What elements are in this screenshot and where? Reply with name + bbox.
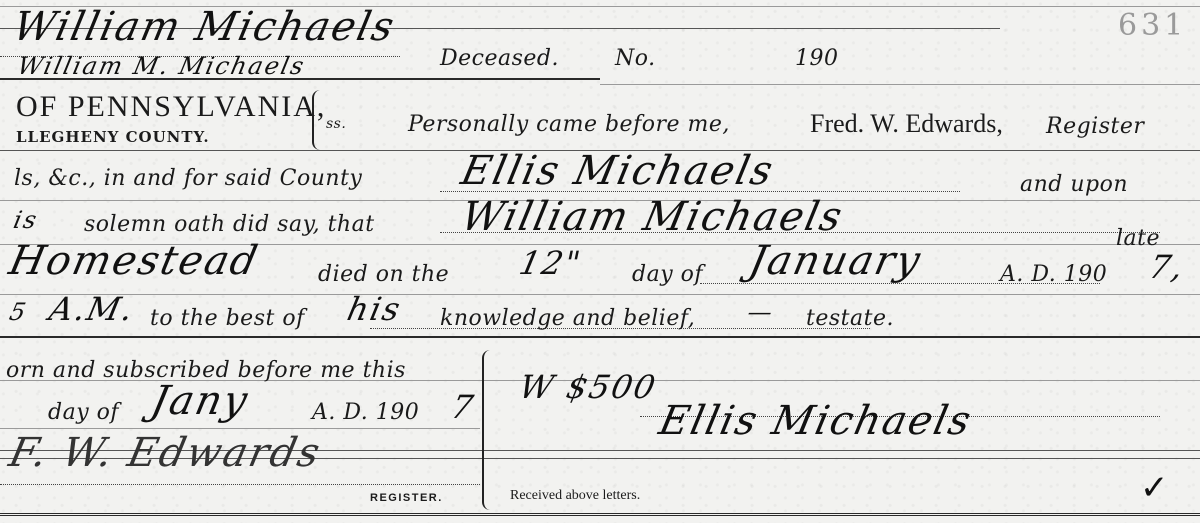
ss-label: ss.: [326, 116, 346, 132]
deceased-label: Deceased.: [440, 46, 559, 71]
jurat-year-suffix: 7: [448, 388, 478, 426]
register-signature: F. W. Edwards: [5, 430, 325, 476]
handwritten-decedent-fullname: William M. Michaels: [15, 52, 308, 80]
rule: [0, 428, 480, 429]
county-heading: LLEGHENY COUNTY.: [16, 128, 210, 146]
handwritten-affiant-name: Ellis Michaels: [457, 148, 778, 194]
state-heading: OF PENNSYLVANIA,: [16, 90, 326, 124]
died-on-text: died on the: [318, 262, 449, 287]
register-name: Fred. W. Edwards,: [810, 109, 1003, 139]
rule: [0, 294, 1200, 295]
checkmark-icon: ✓: [1140, 468, 1169, 508]
solemn-oath-text: solemn oath did say, that: [84, 212, 375, 237]
handwritten-hour: 5: [7, 298, 30, 326]
handwritten-decedent-name-body: William Michaels: [457, 194, 848, 240]
number-label: No.: [615, 46, 656, 71]
rule: [600, 84, 1200, 85]
handwritten-place: Homestead: [5, 238, 263, 284]
handwritten-year-suffix: 7,: [1146, 248, 1189, 286]
knowledge-belief-text: knowledge and belief,: [440, 306, 695, 331]
testate-text: testate.: [806, 306, 894, 331]
bottom-rule: [0, 513, 1200, 516]
handwritten-am-pm: A.M.: [46, 290, 138, 328]
and-upon-text: and upon: [1020, 172, 1128, 197]
handwritten-dash: —: [745, 298, 777, 326]
handwritten-decedent-name: William Michaels: [9, 4, 400, 50]
register-label: REGISTER.: [370, 492, 443, 504]
handwritten-day: 12": [516, 244, 586, 282]
ad-year-text: A. D. 190: [1000, 262, 1107, 287]
affiant-signature: Ellis Michaels: [655, 398, 976, 444]
rule: [0, 484, 480, 485]
received-letters-label: Received above letters.: [510, 488, 640, 504]
brace: [312, 90, 322, 150]
handwritten-month: January: [745, 238, 926, 284]
county-clause: ls, &c., in and for said County: [14, 166, 362, 191]
handwritten-prefix: is: [11, 206, 41, 234]
jurat-brace: [482, 350, 492, 510]
year-prefix: 190: [795, 46, 839, 71]
scanned-document: William Michaels William M. Michaels Dec…: [0, 0, 1200, 523]
bond-amount: W $500: [516, 368, 661, 406]
personally-came-text: Personally came before me,: [408, 112, 730, 137]
handwritten-pronoun: his: [344, 290, 405, 328]
jurat-handwritten-month: Jany: [147, 378, 253, 424]
jurat-ad-year: A. D. 190: [312, 400, 419, 425]
section-rule: [0, 336, 1200, 338]
page-stamp: 631: [1118, 8, 1187, 43]
jurat-day-of-label: day of: [48, 400, 119, 425]
day-of-text: day of: [632, 262, 703, 287]
register-title: Register: [1046, 114, 1144, 139]
best-of-text: to the best of: [150, 306, 305, 331]
